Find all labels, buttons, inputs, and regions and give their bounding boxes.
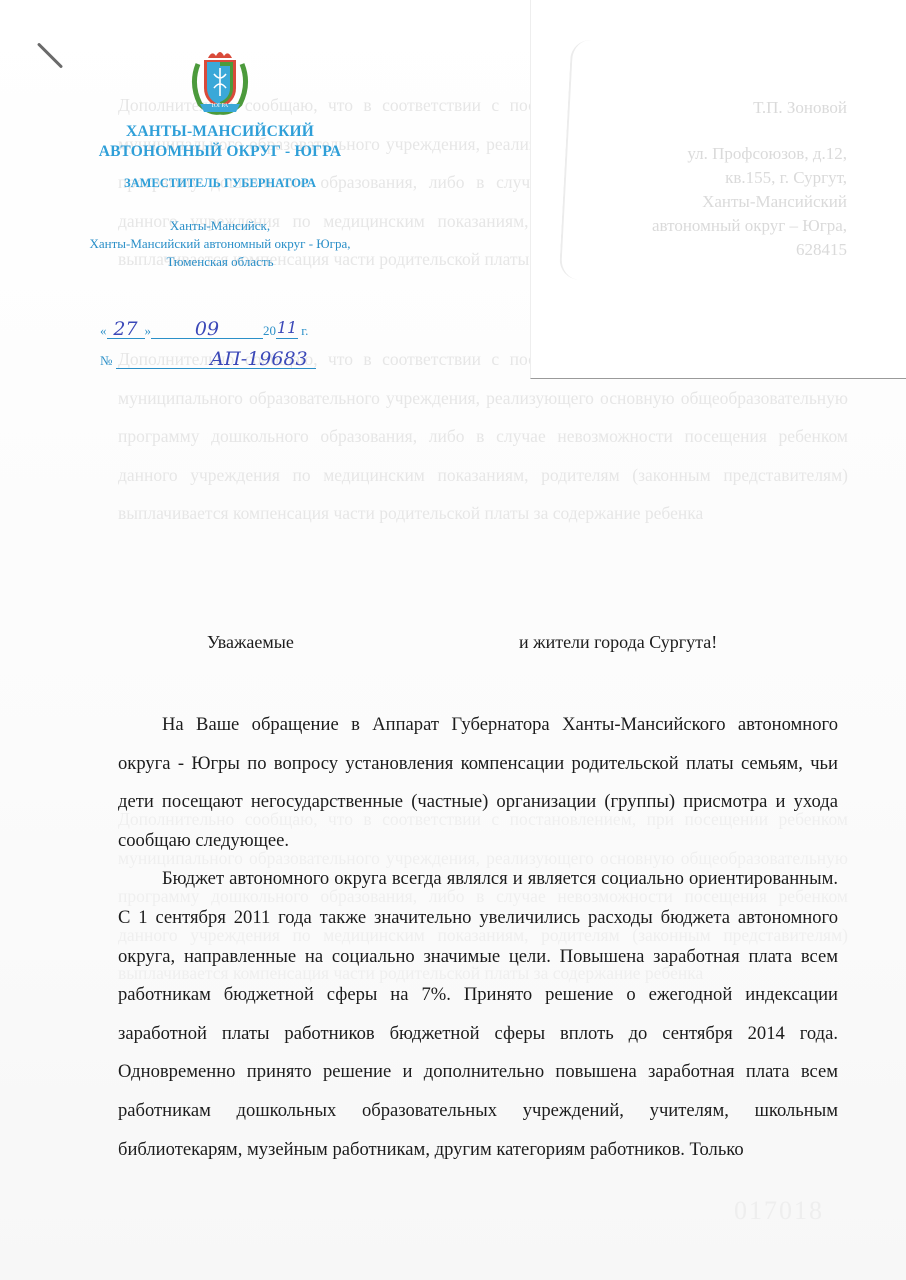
salutation-left: Уважаемые xyxy=(207,632,294,653)
date-year-prefix: 20 xyxy=(263,323,276,338)
recipient-address-line3: Ханты-Мансийский xyxy=(652,190,847,214)
recipient-address-block: Т.П. Зоновой ул. Профсоюзов, д.12, кв.15… xyxy=(530,0,906,379)
letterhead: ЮГРА ХАНТЫ-МАНСИЙСКИЙ АВТОНОМНЫЙ ОКРУГ -… xyxy=(60,48,380,271)
recipient-postal-code: 628415 xyxy=(652,238,847,262)
number-label: № xyxy=(100,353,112,368)
emblem-label: ЮГРА xyxy=(208,103,232,109)
sender-role: ЗАМЕСТИТЕЛЬ ГУБЕРНАТОРА xyxy=(60,176,380,191)
sender-address-line1: Ханты-Мансийск, xyxy=(60,217,380,235)
recipient-name: Т.П. Зоновой xyxy=(652,96,847,120)
date-year-suffix: 11 xyxy=(277,318,297,337)
recipient-address-line2: кв.155, г. Сургут, xyxy=(652,166,847,190)
date-day: 27 xyxy=(113,318,137,340)
org-name-line1: ХАНТЫ-МАНСИЙСКИЙ xyxy=(60,122,380,142)
recipient-address-line1: ул. Профсоюзов, д.12, xyxy=(652,142,847,166)
org-name-line2: АВТОНОМНЫЙ ОКРУГ - ЮГРА xyxy=(60,142,380,162)
date-number-block: «27»092011 г. № АП-19683 xyxy=(100,318,330,378)
outgoing-number: АП-19683 xyxy=(210,348,316,370)
signature-bleed-icon xyxy=(559,39,614,281)
sender-address-line2: Ханты-Мансийский автономный округ - Югра… xyxy=(60,235,380,253)
coat-of-arms-icon: ЮГРА xyxy=(188,48,252,116)
date-month: 09 xyxy=(195,318,219,340)
number-row: № АП-19683 xyxy=(100,348,330,378)
sender-address-line3: Тюменская область xyxy=(60,253,380,271)
date-suffix: г. xyxy=(301,323,308,338)
body-paragraph-1: На Ваше обращение в Аппарат Губернатора … xyxy=(118,706,838,860)
date-row: «27»092011 г. xyxy=(100,318,330,348)
letter-page: Дополнительно сообщаю, что в соответстви… xyxy=(0,0,906,1280)
ghost-serial-number: 017018 xyxy=(734,1196,824,1226)
recipient-address-line4: автономный округ – Югра, xyxy=(652,214,847,238)
body-paragraph-2: Бюджет автономного округа всегда являлся… xyxy=(118,860,838,1169)
letter-body: На Ваше обращение в Аппарат Губернатора … xyxy=(118,706,838,1169)
salutation-right: и жители города Сургута! xyxy=(519,632,717,653)
